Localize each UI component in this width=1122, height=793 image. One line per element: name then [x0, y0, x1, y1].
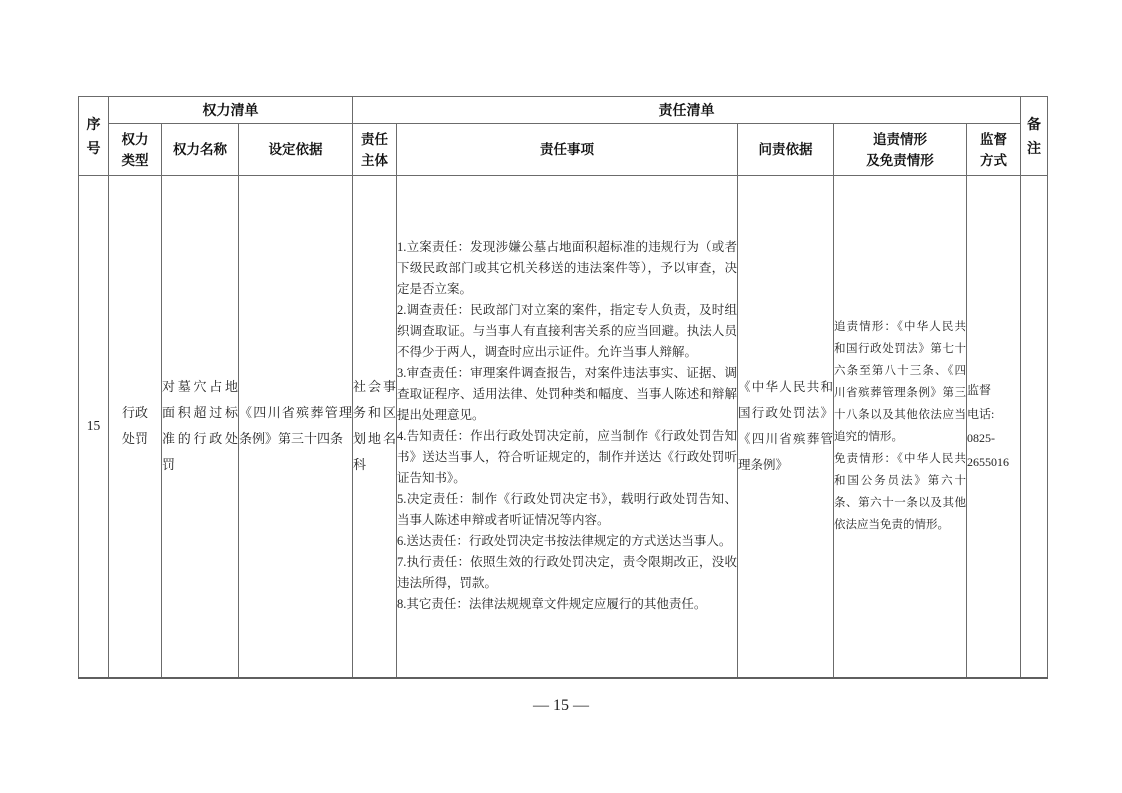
duty-item: 7.执行责任：依照生效的行政处罚决定，责令限期改正，没收违法所得，罚款。: [397, 552, 737, 594]
col-group-power-list: 权力清单: [109, 97, 353, 124]
col-group-responsibility-list: 责任清单: [353, 97, 1021, 124]
cell-power-type: 行政 处罚: [109, 176, 162, 678]
col-header-liability-exemption: 追责情形 及免责情形: [834, 124, 967, 176]
page-number: — 15 —: [0, 697, 1122, 715]
col-header-accountability-basis: 问责依据: [738, 124, 834, 176]
table-row-15: 15 行政 处罚 对墓穴占地面积超过标准的行政处罚 《四川省殡葬管理条例》第三十…: [79, 176, 1048, 678]
cell-responsibility-subject: 社会事务和区划地名科: [353, 176, 397, 678]
liability-situation: 追责情形：《中华人民共和国行政处罚法》第七十六条至第八十三条、《四川省殡葬管理条…: [834, 316, 966, 448]
col-header-supervision-method: 监督 方式: [967, 124, 1021, 176]
cell-remarks: [1021, 176, 1048, 678]
col-header-setting-basis: 设定依据: [239, 124, 353, 176]
duty-item: 3.审查责任：审理案件调查报告，对案件违法事实、证据、调查取证程序、适用法律、处…: [397, 363, 737, 426]
cell-responsibility-items: 1.立案责任：发现涉嫌公墓占地面积超标准的违规行为（或者下级民政部门或其它机关移…: [397, 176, 738, 678]
document-page: 序 号 权力清单 责任清单 备 注 权力 类型 权力名称 设定依据 责任 主体 …: [0, 0, 1122, 793]
duty-item: 1.立案责任：发现涉嫌公墓占地面积超标准的违规行为（或者下级民政部门或其它机关移…: [397, 237, 737, 300]
col-header-serial-no: 序 号: [79, 97, 109, 176]
duty-item: 5.决定责任：制作《行政处罚决定书》，载明行政处罚告知、当事人陈述申辩或者听证情…: [397, 489, 737, 531]
duty-item: 8.其它责任：法律法规规章文件规定应履行的其他责任。: [397, 594, 737, 615]
cell-serial-no: 15: [79, 176, 109, 678]
duty-item: 4.告知责任：作出行政处罚决定前，应当制作《行政处罚告知书》送达当事人，符合听证…: [397, 426, 737, 489]
header-row-groups: 序 号 权力清单 责任清单 备 注: [79, 97, 1048, 124]
power-responsibility-table: 序 号 权力清单 责任清单 备 注 权力 类型 权力名称 设定依据 责任 主体 …: [78, 96, 1048, 679]
col-header-power-type: 权力 类型: [109, 124, 162, 176]
cell-setting-basis: 《四川省殡葬管理条例》第三十四条: [239, 176, 353, 678]
duty-item: 6.送达责任：行政处罚决定书按法律规定的方式送达当事人。: [397, 531, 737, 552]
col-header-remarks: 备 注: [1021, 97, 1048, 176]
col-header-responsibility-items: 责任事项: [397, 124, 738, 176]
cell-power-name: 对墓穴占地面积超过标准的行政处罚: [162, 176, 239, 678]
header-row-columns: 权力 类型 权力名称 设定依据 责任 主体 责任事项 问责依据 追责情形 及免责…: [79, 124, 1048, 176]
cell-accountability-basis: 《中华人民共和国行政处罚法》《四川省殡葬管理条例》: [738, 176, 834, 678]
col-header-responsibility-subject: 责任 主体: [353, 124, 397, 176]
cell-liability-exemption: 追责情形：《中华人民共和国行政处罚法》第七十六条至第八十三条、《四川省殡葬管理条…: [834, 176, 967, 678]
duty-item: 2.调查责任：民政部门对立案的案件，指定专人负责，及时组织调查取证。与当事人有直…: [397, 300, 737, 363]
exemption-situation: 免责情形：《中华人民共和国公务员法》第六十条、第六十一条以及其他依法应当免责的情…: [834, 448, 966, 536]
col-header-power-name: 权力名称: [162, 124, 239, 176]
cell-supervision-method: 监督 电话: 0825- 2655016: [967, 176, 1021, 678]
